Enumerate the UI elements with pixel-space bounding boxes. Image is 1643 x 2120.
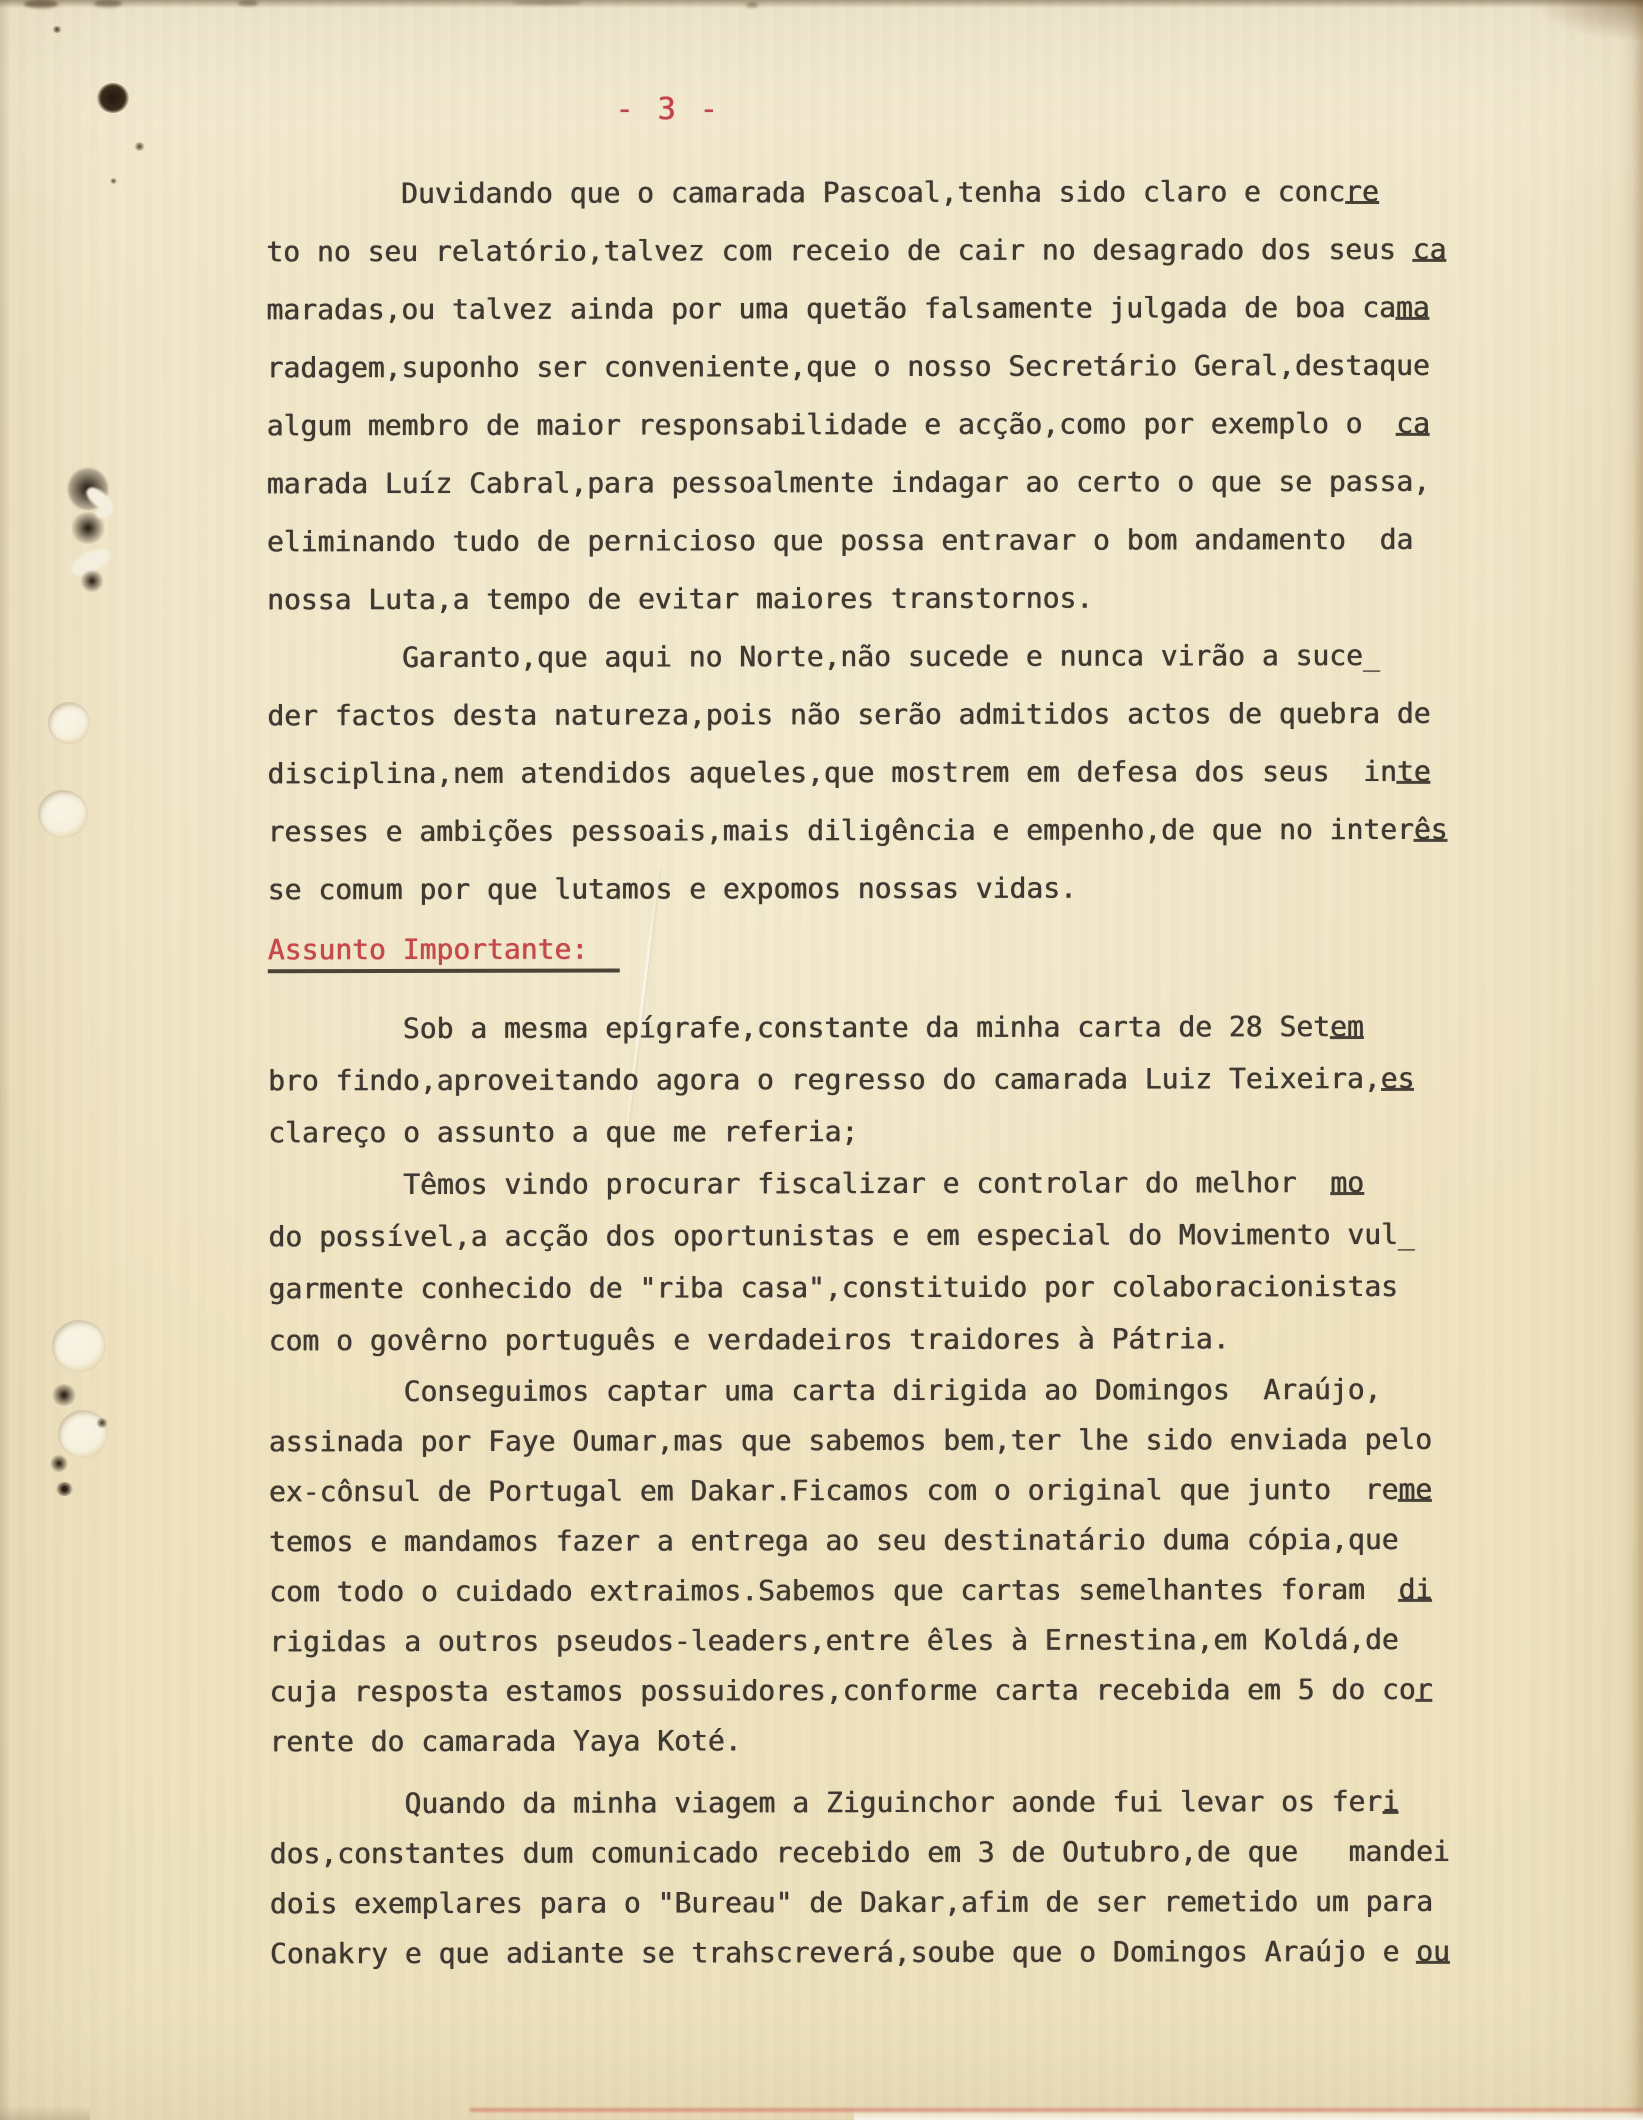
hyphenation-underline: es [1381, 1062, 1415, 1095]
paragraph-2: Garanto,que aqui no Norte,não sucede e n… [267, 627, 1508, 920]
ink-blot [97, 83, 129, 113]
text-line: marada Luíz Cabral,para pessoalmente ind… [267, 453, 1507, 514]
hyphenation-underline: i [1382, 1785, 1399, 1818]
hole-punch [38, 790, 88, 838]
edge-smudge [24, 0, 58, 8]
text-line: Sob a mesma epígrafe,constante da minha … [268, 1001, 1508, 1056]
ink-speck [48, 1438, 63, 1452]
hyphenation-underline: ca [1413, 233, 1447, 266]
text-line: ex-cônsul de Portugal em Dakar.Ficamos c… [269, 1465, 1509, 1518]
text-line: Têmos vindo procurar fiscalizar e contro… [268, 1157, 1508, 1212]
ink-speck [134, 142, 145, 151]
paragraph-5: Quando da minha viagem a Ziguinchor aond… [269, 1777, 1509, 1980]
text-line: clareço o assunto a que me referia; [268, 1105, 1508, 1160]
text-line: radagem,suponho ser conveniente,que o no… [266, 337, 1506, 398]
hyphenation-underline: em [1330, 1010, 1364, 1043]
text-line: rigidas a outros pseudos-leaders,entre ê… [269, 1615, 1509, 1668]
text-line: nossa Luta,a tempo de evitar maiores tra… [267, 569, 1507, 630]
hole-punch [52, 1320, 106, 1372]
ink-blot [52, 1384, 76, 1406]
text-line: cuja resposta estamos possuidores,confor… [269, 1665, 1509, 1718]
text-line: Conakry e que adiante se trahscreverá,so… [270, 1927, 1510, 1980]
paragraph-1: Duvidando que o camarada Pascoal,tenha s… [266, 163, 1507, 630]
text-line: eliminando tudo de pernicioso que possa … [267, 511, 1507, 572]
section-heading-text: Assunto Importante: [268, 933, 620, 974]
ink-speck [56, 1482, 73, 1496]
text-line: dos,constantes dum comunicado recebido e… [270, 1827, 1510, 1880]
text-line: Conseguimos captar uma carta dirigida ao… [269, 1365, 1509, 1418]
hyphenation-underline: re [1345, 175, 1379, 208]
ink-blot [50, 1455, 68, 1472]
text-line: com o govêrno português e verdadeiros tr… [269, 1313, 1509, 1368]
section-heading: Assunto Importante: [268, 919, 1508, 980]
text-line: bro findo,aproveitando agora o regresso … [268, 1053, 1508, 1108]
scan-corner-top-right [1533, 0, 1643, 42]
hyphenation-underline: ou [1416, 1935, 1450, 1968]
text-line: resses e ambições pessoais,mais diligênc… [267, 801, 1507, 862]
text-line: Quando da minha viagem a Ziguinchor aond… [269, 1777, 1509, 1830]
ink-speck [96, 1418, 108, 1428]
text-line: dois exemplares para o "Bureau" de Dakar… [270, 1877, 1510, 1930]
text-line: assinada por Faye Oumar,mas que sabemos … [269, 1415, 1509, 1468]
edge-smudge [238, 0, 258, 6]
text-line: disciplina,nem atendidos aqueles,que mos… [267, 743, 1507, 804]
edge-smudge [746, 2, 758, 8]
edge-smudge [94, 0, 122, 7]
text-line: garmente conhecido de "riba casa",consti… [268, 1261, 1508, 1316]
scan-edge-right [1625, 0, 1643, 2120]
paragraph-4: Conseguimos captar uma carta dirigida ao… [269, 1365, 1510, 1768]
scanned-document-page: - 3 - Duvidando que o camarada Pascoal,t… [0, 0, 1643, 2120]
edge-smudge [512, 0, 582, 5]
text-line: rente do camarada Yaya Koté. [269, 1715, 1509, 1768]
scan-edge-left [0, 0, 10, 2120]
text-line: to no seu relatório,talvez com receio de… [266, 221, 1506, 282]
hyphenation-underline: ma [1396, 291, 1430, 324]
hyphenation-underline: me [1398, 1473, 1432, 1506]
hyphenation-underline: r [1416, 1673, 1433, 1706]
text-line: do possível,a acção dos oportunistas e e… [268, 1209, 1508, 1264]
red-ink-mark-bottom [470, 2108, 1643, 2112]
page-number: - 3 - [588, 92, 748, 127]
hyphenation-underline: di [1399, 1573, 1433, 1606]
text-line: Garanto,que aqui no Norte,não sucede e n… [267, 627, 1507, 688]
paragraph-3: Sob a mesma epígrafe,constante da minha … [268, 1001, 1509, 1368]
hyphenation-underline: ês [1414, 813, 1448, 846]
text-body: Duvidando que o camarada Pascoal,tenha s… [266, 163, 1510, 1980]
scan-corner-bottom-left [0, 2106, 90, 2120]
ink-speck [110, 178, 117, 184]
text-line: com todo o cuidado extraimos.Sabemos que… [269, 1565, 1509, 1618]
hole-punch [48, 702, 90, 744]
hyphenation-underline: mo [1330, 1166, 1364, 1199]
ink-speck [52, 26, 62, 33]
hyphenation-underline: te [1397, 755, 1431, 788]
hyphenation-underline: ca [1396, 407, 1430, 440]
text-line: algum membro de maior responsabilidade e… [267, 395, 1507, 456]
text-line: se comum por que lutamos e expomos nossa… [268, 859, 1508, 920]
ink-blot [80, 570, 104, 592]
text-line: maradas,ou talvez ainda por uma quetão f… [266, 279, 1506, 340]
text-line: temos e mandamos fazer a entrega ao seu … [269, 1515, 1509, 1568]
text-line: der factos desta natureza,pois não serão… [267, 685, 1507, 746]
text-line: Duvidando que o camarada Pascoal,tenha s… [266, 163, 1506, 224]
